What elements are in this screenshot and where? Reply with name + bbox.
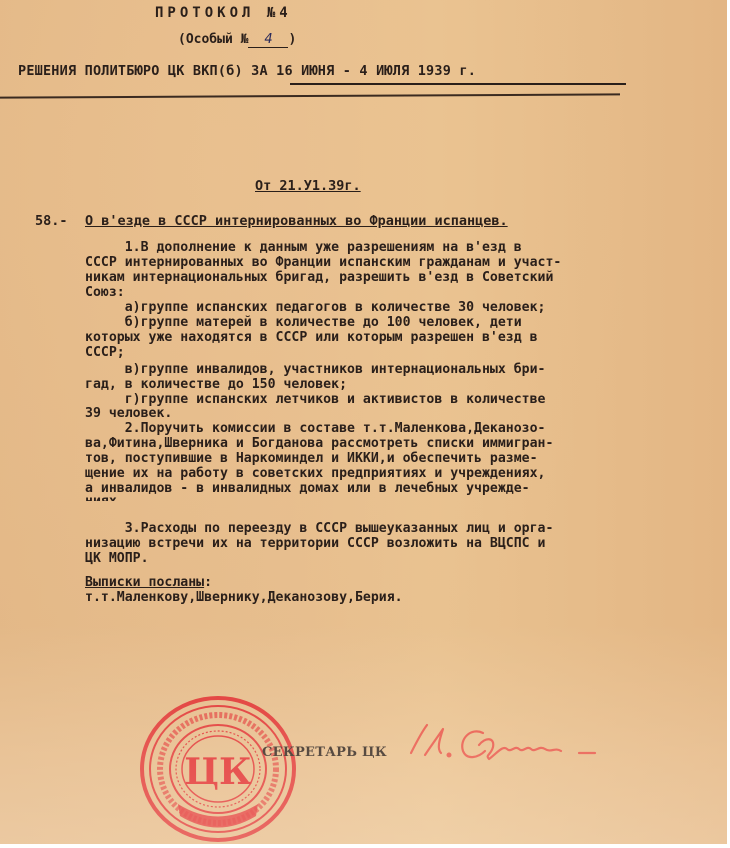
body-line: гад, в количестве до 150 человек; (85, 377, 347, 392)
body-line: ниях. (85, 494, 125, 501)
body-line: 39 человек. (85, 406, 172, 421)
stalin-signature-icon (405, 715, 605, 775)
decision-date: От 21.У1.39г. (255, 178, 361, 194)
distribution-colon: : (204, 575, 212, 590)
body-line: щение их на работу в советских предприят… (85, 466, 546, 481)
distribution-title: Выписки посланы: (85, 575, 212, 590)
special-protocol-number: (Особый №4) (178, 32, 296, 48)
body-line: 2.Поручить комиссии в составе т.т.Маленк… (85, 421, 546, 436)
body-line: а инвалидов - в инвалидных домах или в л… (85, 481, 530, 496)
cc-seal-stamp-icon: ЦК (138, 694, 298, 844)
header-divider (0, 93, 620, 98)
body-line: СССР; (85, 345, 125, 360)
body-line: тов, поступившие в Наркоминдел и ИККИ,и … (85, 451, 538, 466)
body-line: ва,Фитина,Шверника и Богданова рассмотре… (85, 436, 553, 451)
body-line: г)группе испанских летчиков и активистов… (85, 392, 546, 407)
body-line: которых уже находятся в СССР или которым… (85, 330, 538, 345)
handwritten-number: 4 (248, 32, 288, 48)
secretary-label: СЕКРЕТАРЬ ЦК (262, 745, 387, 760)
body-line: Союз: (85, 285, 125, 300)
body-line: а)группе испанских педагогов в количеств… (85, 300, 546, 315)
item-number: 58.- (35, 213, 68, 229)
special-prefix: (Особый № (178, 32, 248, 47)
body-line: СССР интернированных во Франции испански… (85, 255, 561, 270)
seal-center-text: ЦК (184, 751, 252, 793)
protocol-title: ПРОТОКОЛ №4 (155, 5, 292, 21)
special-suffix: ) (288, 32, 296, 47)
distribution-recipients: т.т.Маленкову,Швернику,Деканозову,Берия. (85, 590, 403, 605)
decisions-heading: РЕШЕНИЯ ПОЛИТБЮРО ЦК ВКП(б) ЗА 16 ИЮНЯ -… (18, 63, 476, 79)
body-line: в)группе инвалидов, участников интернаци… (85, 362, 546, 377)
body-line: ЦК МОПР. (85, 551, 149, 566)
document-page: ПРОТОКОЛ №4 (Особый №4) РЕШЕНИЯ ПОЛИТБЮР… (0, 0, 727, 844)
body-line: низацию встречи их на территории СССР во… (85, 536, 546, 551)
body-line: 1.В дополнение к данным уже разрешениям … (85, 240, 522, 255)
item-title: О в'езде в СССР интернированных во Франц… (85, 213, 508, 229)
body-line: никам интернациональных бригад, разрешит… (85, 270, 553, 285)
distribution-title-text: Выписки посланы (85, 575, 204, 590)
body-line: б)группе матерей в количестве до 100 чел… (85, 315, 522, 330)
heading-underline (290, 83, 626, 85)
body-line: 3.Расходы по переезду в СССР вышеуказанн… (85, 521, 553, 536)
